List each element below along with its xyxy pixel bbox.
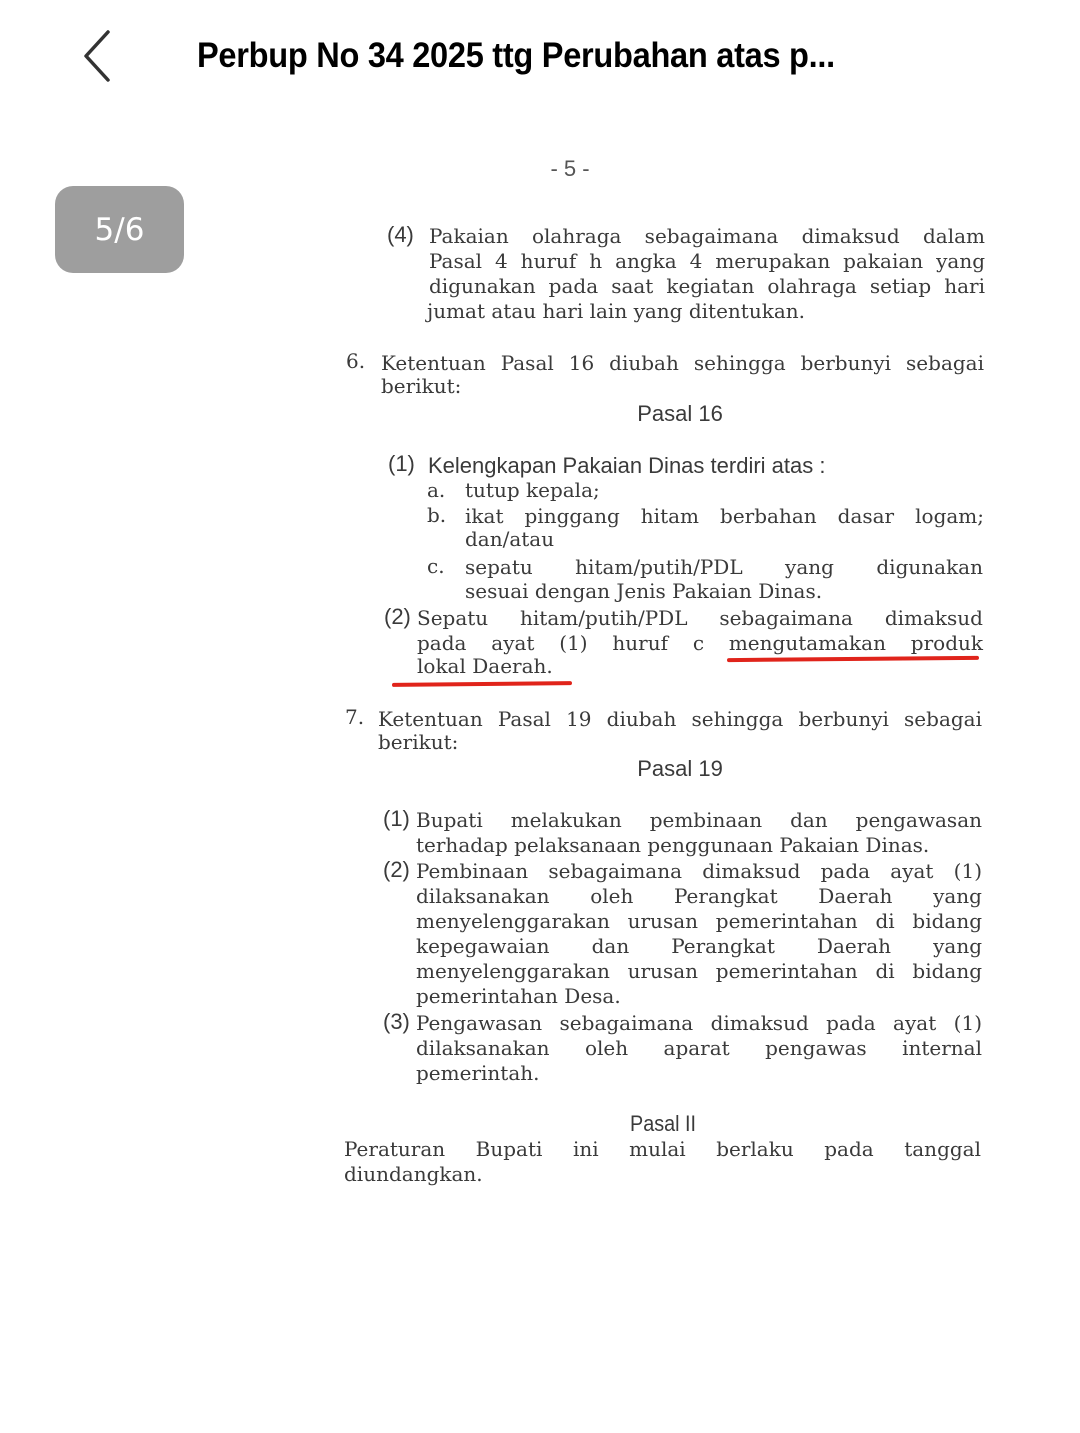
item4-line: Pasal 4 huruf h angka 4 merupakan pakaia… (429, 249, 985, 273)
ayat-number: (2) (384, 604, 411, 630)
ayat-line: Pengawasan sebagaimana dimaksud pada aya… (416, 1011, 982, 1035)
item-text: dan/atau (465, 527, 554, 551)
point6-line: berikut: (381, 374, 461, 398)
ayat-line: pemerintah. (416, 1061, 539, 1085)
item-text: tutup kepala; (465, 478, 600, 502)
item-text: sepatu hitam/putih/PDL yang digunakan (465, 555, 983, 579)
ayat-number: (2) (383, 857, 410, 883)
pasal-16-heading: Pasal 16 (600, 401, 760, 427)
ayat-line: kepegawaian dan Perangkat Daerah yang (416, 934, 982, 958)
pasal-ii-line: Peraturan Bupati ini mulai berlaku pada … (344, 1137, 981, 1161)
point-number: 7. (345, 705, 364, 729)
item-letter: c. (427, 554, 445, 578)
ayat-line: pemerintahan Desa. (416, 984, 621, 1008)
item-text: sesuai dengan Jenis Pakaian Dinas. (465, 579, 822, 603)
ayat-number: (1) (383, 806, 410, 832)
ayat2-line: Sepatu hitam/putih/PDL sebagaimana dimak… (417, 606, 983, 630)
item4-line: Pakaian olahraga sebagaimana dimaksud da… (429, 224, 985, 248)
page-number: - 5 - (540, 156, 600, 182)
point7-line: berikut: (378, 730, 458, 754)
ayat-line: terhadap pelaksanaan penggunaan Pakaian … (416, 833, 929, 857)
pasal-ii-heading: Pasal II (591, 1111, 735, 1137)
ayat-number: (1) (388, 451, 415, 477)
ayat-line: dilaksanakan oleh Perangkat Daerah yang (416, 884, 982, 908)
point6-line: Ketentuan Pasal 16 diubah sehingga berbu… (381, 351, 984, 375)
ayat1-text: Kelengkapan Pakaian Dinas terdiri atas : (428, 453, 825, 479)
item-text: ikat pinggang hitam berbahan dasar logam… (465, 504, 984, 528)
item-letter: a. (427, 478, 445, 502)
ayat2-line: lokal Daerah. (417, 654, 553, 678)
ayat2-line: pada ayat (1) huruf c mengutamakan produ… (417, 631, 983, 655)
document-page: - 5 - (4) Pakaian olahraga sebagaimana d… (0, 0, 1080, 1433)
item4-line: digunakan pada saat kegiatan olahraga se… (429, 274, 985, 298)
ayat-line: dilaksanakan oleh aparat pengawas intern… (416, 1036, 982, 1060)
ayat-line: menyelenggarakan urusan pemerintahan di … (416, 909, 982, 933)
item4-line: jumat atau hari lain yang ditentukan. (427, 299, 805, 323)
ayat-line: Bupati melakukan pembinaan dan pengawasa… (416, 808, 982, 832)
item-letter: b. (427, 503, 446, 527)
ayat-line: menyelenggarakan urusan pemerintahan di … (416, 959, 982, 983)
pasal-19-heading: Pasal 19 (600, 756, 760, 782)
ayat-number: (3) (383, 1009, 410, 1035)
item-number: (4) (387, 222, 414, 248)
point-number: 6. (346, 349, 365, 373)
red-underline-annotation (727, 656, 979, 662)
ayat-line: Pembinaan sebagaimana dimaksud pada ayat… (416, 859, 982, 883)
pasal-ii-line: diundangkan. (344, 1162, 483, 1186)
red-underline-annotation (392, 681, 572, 687)
point7-line: Ketentuan Pasal 19 diubah sehingga berbu… (378, 707, 982, 731)
